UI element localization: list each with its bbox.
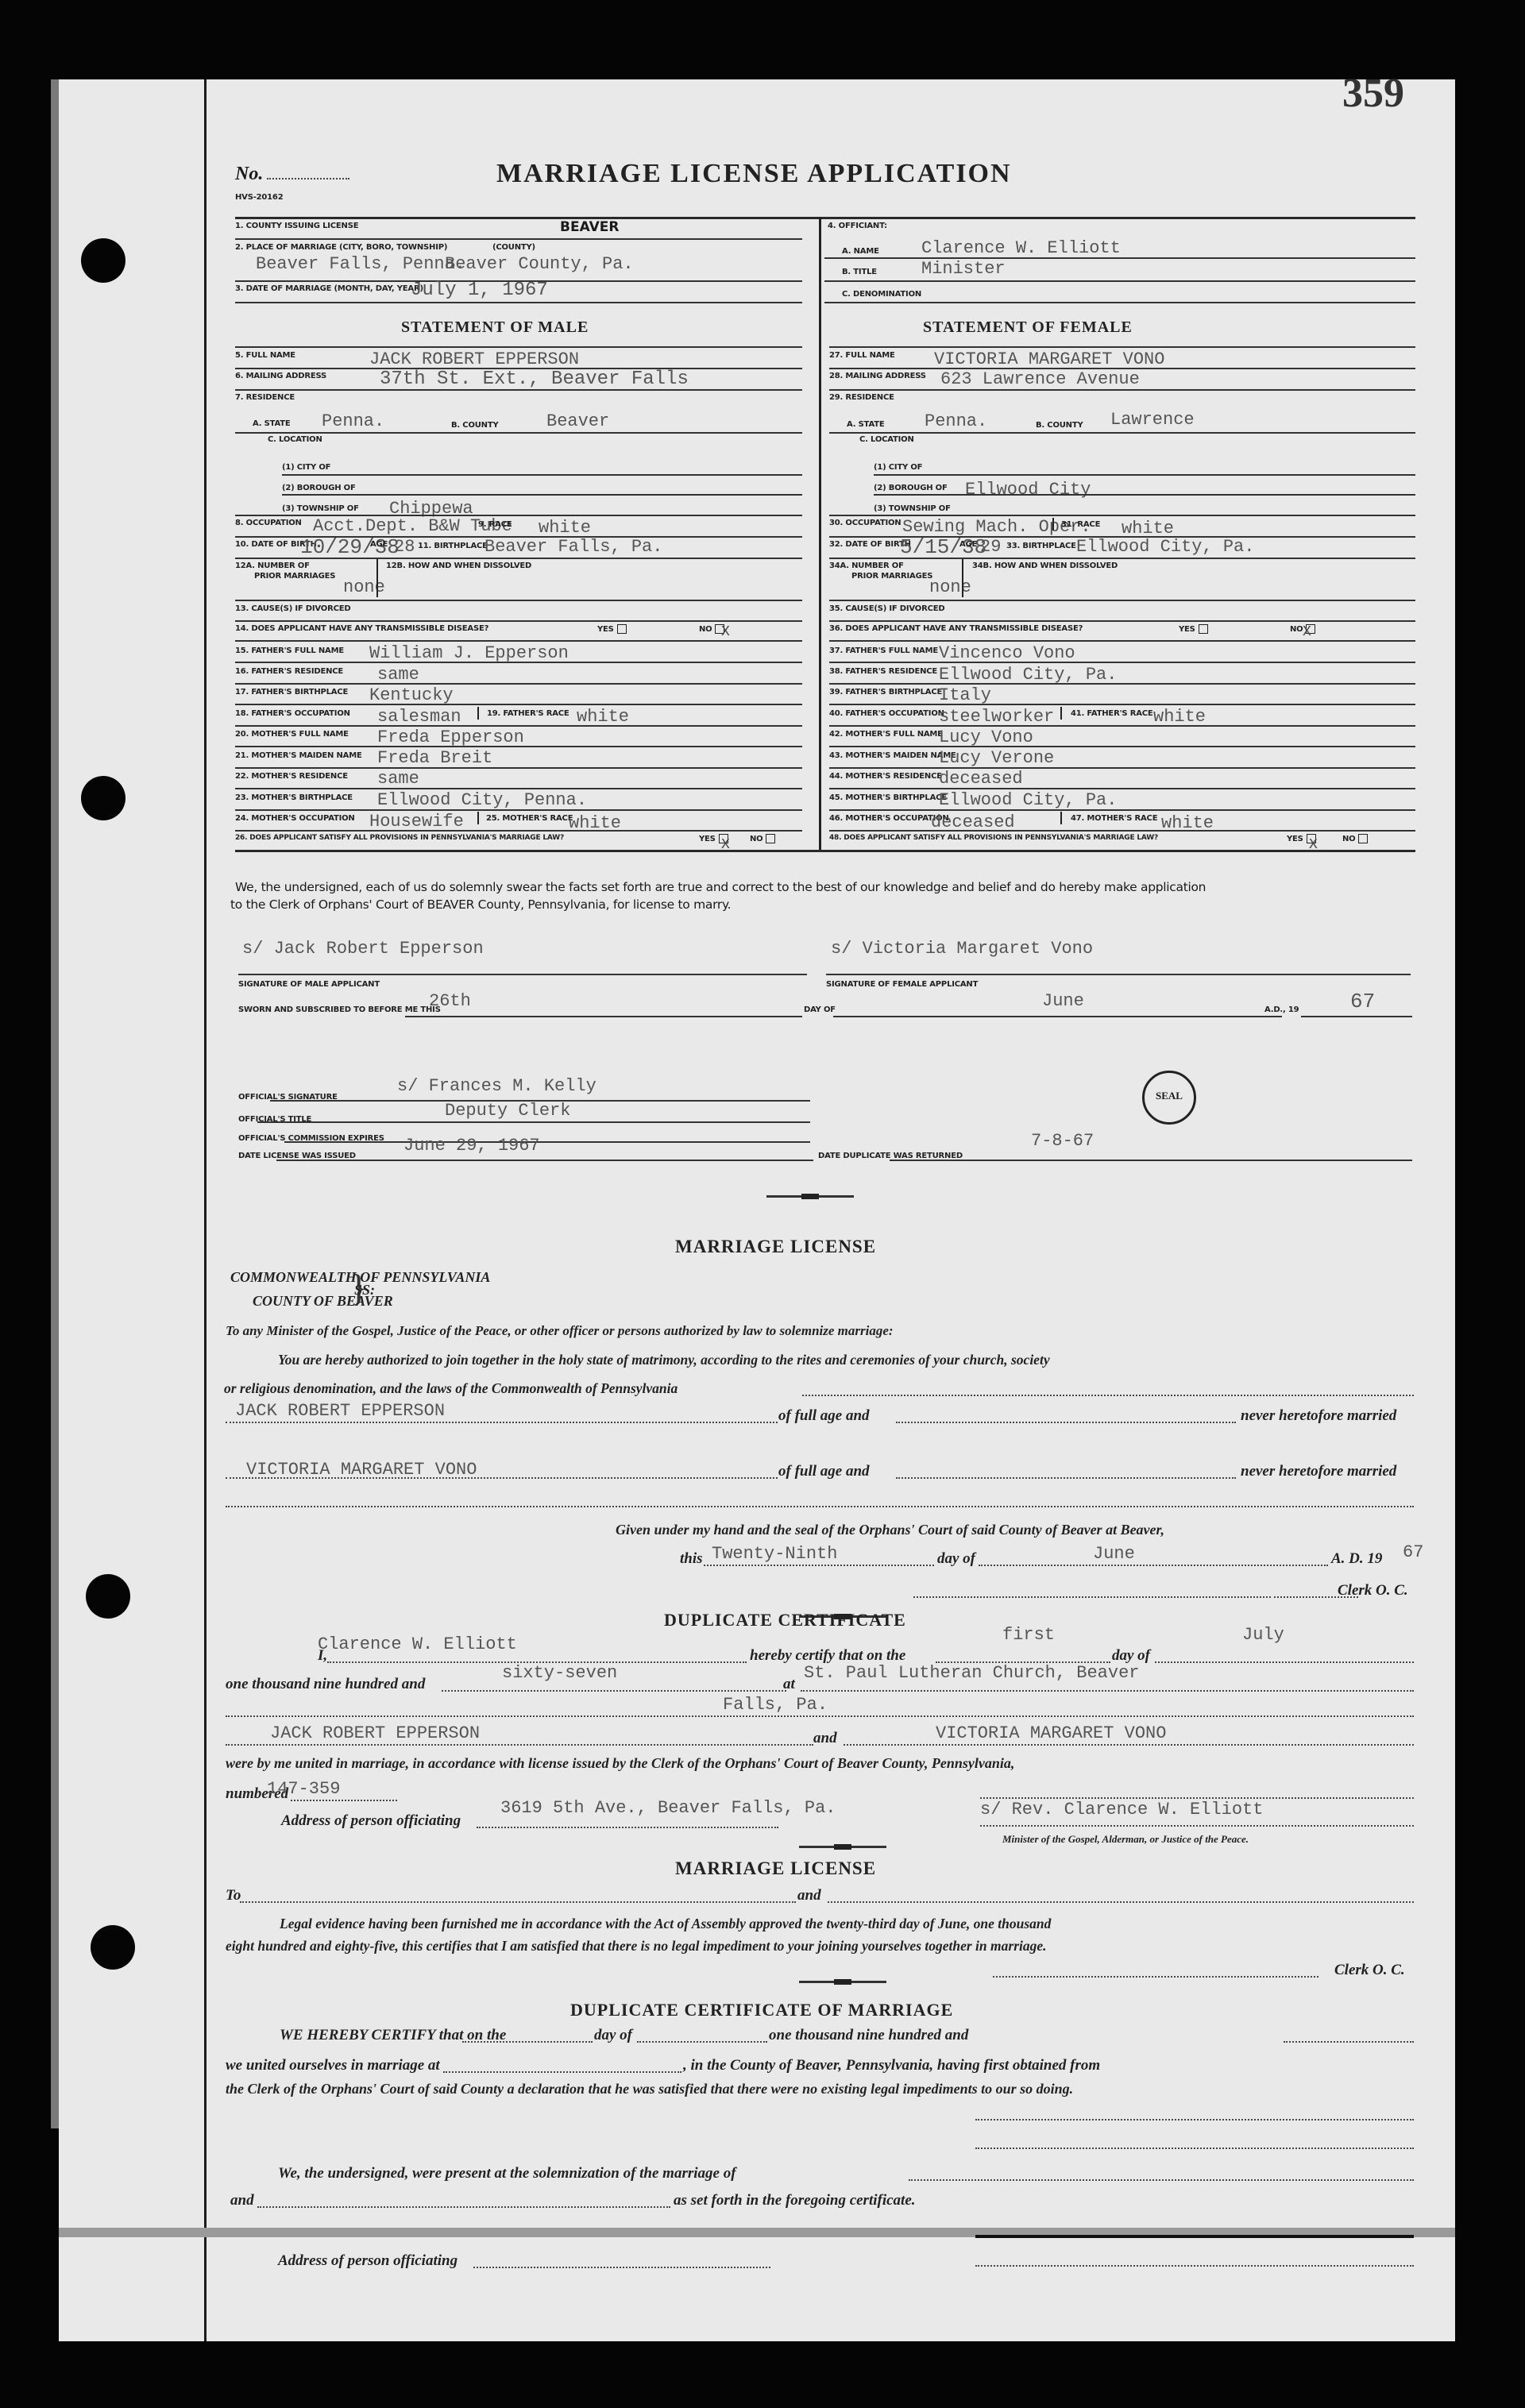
- rule: [442, 1690, 786, 1692]
- punch-hole: [81, 776, 125, 820]
- rule: [235, 346, 802, 348]
- rule: [235, 704, 802, 705]
- place-county-label: (County): [492, 243, 535, 252]
- rule: [637, 2041, 767, 2043]
- male-father-res-label: 16. Father's Residence: [235, 667, 343, 676]
- rule: [226, 1477, 778, 1479]
- this-label: this: [680, 1550, 703, 1568]
- duplicate-place-1: St. Paul Lutheran Church, Beaver: [804, 1663, 1139, 1683]
- male-mother-maiden-label: 21. Mother's Maiden Name: [235, 751, 362, 760]
- to-label: To: [226, 1887, 241, 1904]
- rule: [829, 809, 1415, 811]
- female-father-res: Ellwood City, Pa.: [939, 665, 1117, 685]
- section-separator: [799, 1981, 886, 1983]
- certificate-title: DUPLICATE CERTIFICATE OF MARRIAGE: [570, 2000, 953, 2020]
- male-signature-label: Signature of Male Applicant: [238, 980, 380, 989]
- officiant-title-value: Minister: [921, 259, 1006, 279]
- seal-stamp: SEAL: [1142, 1071, 1196, 1125]
- rule: [824, 257, 1415, 259]
- officiant-title-label: B. Title: [842, 268, 877, 276]
- no-label: No: [699, 625, 712, 634]
- rule: [844, 1744, 1414, 1746]
- witness-text-1: We, the undersigned, were present at the…: [278, 2165, 736, 2182]
- male-birthplace-label: 11. Birthplace: [418, 542, 488, 550]
- column-divider: [819, 217, 821, 852]
- rule: [1284, 2041, 1414, 2043]
- rule: [1301, 1016, 1412, 1017]
- rule: [238, 974, 807, 975]
- rule: [240, 1901, 796, 1903]
- application-title: MARRIAGE LICENSE APPLICATION: [496, 159, 1012, 189]
- punch-hole: [86, 1574, 130, 1619]
- license-year: 67: [1403, 1542, 1423, 1562]
- female-dissolved-label: 34B. How and When Dissolved: [972, 561, 1118, 570]
- section-separator: [766, 1195, 854, 1198]
- minister-label: Minister of the Gospel, Alderman, or Jus…: [1002, 1833, 1249, 1846]
- rule: [826, 974, 1411, 975]
- female-father-name: Vincenco Vono: [939, 643, 1075, 663]
- male-father-occ-label: 18. Father's Occupation: [235, 709, 350, 718]
- punch-hole: [81, 238, 125, 283]
- male-disease-label: 14. Does Applicant Have Any Transmissibl…: [235, 624, 488, 633]
- address-officiating-label: Address of person officiating: [281, 1812, 461, 1830]
- certify-line-3: the Clerk of the Orphans' Court of said …: [226, 2081, 1073, 2097]
- certify-line-1c: one thousand nine hundred and: [769, 2027, 968, 2044]
- rule: [235, 432, 802, 434]
- male-mother-bp-label: 23. Mother's Birthplace: [235, 793, 353, 802]
- female-mother-bp-label: 45. Mother's Birthplace: [829, 793, 947, 802]
- male-race-label: 9. Race: [478, 520, 512, 529]
- female-disease-x-mark: X: [1303, 624, 1311, 640]
- checkbox-yes[interactable]: [617, 624, 627, 634]
- rule: [257, 2206, 670, 2208]
- officiant-name-label: A. Name: [842, 247, 879, 256]
- certify-line-1b: day of: [594, 2027, 632, 2044]
- rule: [226, 1744, 813, 1746]
- male-occupation-label: 8. Occupation: [235, 519, 302, 527]
- female-prior-label-1: 34A. Number of: [829, 561, 904, 570]
- certify-line-2b: , in the County of Beaver, Pennsylvania,…: [683, 2057, 1100, 2074]
- rule: [257, 1121, 810, 1123]
- clerk-label: Clerk O. C.: [1338, 1582, 1408, 1600]
- rule: [1060, 707, 1062, 720]
- license-month: June: [1093, 1544, 1135, 1564]
- never-married-label-2: never heretofore married: [1241, 1463, 1396, 1480]
- rule: [833, 1016, 1282, 1017]
- rule: [235, 217, 1415, 219]
- rule: [975, 2235, 1414, 2238]
- rule: [828, 1901, 1414, 1903]
- rule: [235, 238, 802, 240]
- license-number: 147-359: [267, 1779, 340, 1799]
- female-divorce-label: 35. Cause(s) if Divorced: [829, 604, 944, 613]
- male-township-label: (3) Township of: [282, 504, 359, 513]
- officiating-address: 3619 5th Ave., Beaver Falls, Pa.: [500, 1798, 836, 1818]
- rule: [829, 432, 1415, 434]
- sworn-ad-label: A.D., 19: [1264, 1005, 1299, 1014]
- legal-text-1: Legal evidence having been furnished me …: [280, 1916, 1051, 1932]
- female-mother-name-label: 42. Mother's Full Name: [829, 730, 943, 739]
- male-mother-res: same: [377, 769, 419, 789]
- place-county-value: Beaver County, Pa.: [445, 254, 634, 274]
- male-disease-x-mark: X: [721, 624, 730, 640]
- rule: [235, 725, 802, 727]
- rule: [975, 2265, 1414, 2267]
- form-code: HVS-20162: [235, 193, 283, 202]
- rule: [909, 2179, 1414, 2181]
- rule: [235, 600, 802, 601]
- male-father-name-label: 15. Father's Full Name: [235, 646, 344, 655]
- officiant-name-value: Clarence W. Elliott: [921, 238, 1121, 258]
- female-borough: Ellwood City: [965, 480, 1091, 500]
- female-city-label: (1) City of: [874, 463, 922, 472]
- male-state-label: A. State: [253, 419, 290, 428]
- rule: [979, 1565, 1328, 1566]
- duplicate-year: sixty-seven: [502, 1663, 617, 1683]
- male-father-name: William J. Epperson: [369, 643, 569, 663]
- issued-date: June 29, 1967: [403, 1136, 540, 1156]
- male-full-name-label: 5. Full Name: [235, 351, 295, 360]
- female-mother-maiden-label: 43. Mother's Maiden Name: [829, 751, 956, 760]
- rule: [405, 1016, 802, 1017]
- rule: [829, 389, 1415, 391]
- male-father-race-label: 19. Father's Race: [487, 709, 569, 718]
- full-age-label-2: of full age and: [778, 1463, 870, 1480]
- officiant-denomination-label: C. Denomination: [842, 290, 921, 299]
- date-label: 3. Date of Marriage (Month, Day, Year): [235, 284, 423, 293]
- rule: [802, 1395, 1414, 1396]
- male-disease-yes[interactable]: Yes: [597, 624, 627, 634]
- rule: [235, 302, 802, 303]
- license2-title: MARRIAGE LICENSE: [675, 1858, 876, 1879]
- female-race-label: 31. Race: [1061, 520, 1100, 529]
- section-separator: [799, 1846, 886, 1848]
- male-father-res: same: [377, 665, 419, 685]
- female-father-occ: steelworker: [939, 707, 1054, 727]
- sworn-day-of-label: Day of: [804, 1005, 836, 1014]
- female-county: Lawrence: [1110, 410, 1195, 430]
- license-title: MARRIAGE LICENSE: [675, 1237, 876, 1257]
- rule: [282, 474, 802, 476]
- checkbox-no[interactable]: [1358, 834, 1368, 843]
- female-mother-maiden: Lucy Verone: [939, 748, 1054, 768]
- witness-text-2: as set forth in the foregoing certificat…: [674, 2192, 916, 2209]
- rule: [235, 389, 802, 391]
- rule: [226, 1506, 1414, 1507]
- male-mother-race-label: 25. Mother's Race: [486, 814, 573, 823]
- female-mother-res: deceased: [939, 769, 1023, 789]
- duplicate-groom: JACK ROBERT EPPERSON: [270, 1723, 480, 1743]
- rule: [874, 494, 1415, 496]
- male-county-label: B. County: [451, 421, 499, 430]
- rule: [975, 2148, 1414, 2149]
- male-father-occ: salesman: [377, 707, 461, 727]
- rule: [477, 707, 479, 720]
- female-state-label: A. State: [847, 420, 884, 429]
- duplicate-bride: VICTORIA MARGARET VONO: [936, 1723, 1166, 1743]
- male-prior-label-1: 12A. Number of: [235, 561, 310, 570]
- male-race: white: [539, 518, 591, 538]
- female-mother-bp: Ellwood City, Pa.: [939, 790, 1117, 810]
- rule: [235, 746, 802, 747]
- rule: [824, 302, 1415, 303]
- female-location-label: C. Location: [859, 435, 914, 444]
- legal-text-2: eight hundred and eighty-five, this cert…: [226, 1938, 1047, 1955]
- rule: [896, 1477, 1236, 1479]
- officiant-label: 4. Officiant:: [828, 222, 887, 230]
- female-mailing-label: 28. Mailing Address: [829, 372, 926, 380]
- checkbox-no[interactable]: [766, 834, 775, 843]
- rule: [284, 1141, 810, 1143]
- united-text: were by me united in marriage, in accord…: [226, 1755, 1014, 1772]
- rule: [462, 2041, 593, 2043]
- and-label: and: [813, 1730, 837, 1747]
- license-authorized-2: or religious denomination, and the laws …: [224, 1380, 678, 1397]
- rule: [235, 683, 802, 685]
- yes-label: Yes: [1179, 625, 1195, 634]
- female-mother-res-label: 44. Mother's Residence: [829, 772, 942, 781]
- male-mailing: 37th St. Ext., Beaver Falls: [380, 369, 689, 390]
- male-mother-name: Freda Epperson: [377, 727, 524, 747]
- rule: [975, 2119, 1414, 2121]
- rule: [704, 1565, 934, 1566]
- official-signature: s/ Frances M. Kelly: [397, 1076, 596, 1096]
- rule: [829, 767, 1415, 769]
- rule: [829, 640, 1415, 642]
- male-divorce-label: 13. Cause(s) if Divorced: [235, 604, 350, 613]
- rule: [829, 600, 1415, 601]
- application-number-label: No.: [235, 164, 263, 185]
- rule: [235, 788, 802, 789]
- rule: [829, 662, 1415, 663]
- rule: [890, 1160, 1412, 1161]
- female-county-label: B. County: [1036, 421, 1083, 430]
- female-father-race: white: [1153, 707, 1206, 727]
- female-mother-race-label: 47. Mother's Race: [1071, 814, 1157, 823]
- male-mother-bp: Ellwood City, Penna.: [377, 790, 587, 810]
- no-label: No: [1342, 835, 1355, 843]
- female-signature-label: Signature of Female Applicant: [826, 980, 978, 989]
- full-age-label: of full age and: [778, 1407, 870, 1425]
- female-residence-label: 29. Residence: [829, 393, 894, 402]
- rule: [443, 2071, 681, 2073]
- female-full-name-label: 27. Full Name: [829, 351, 895, 360]
- male-county: Beaver: [546, 411, 609, 431]
- male-residence-label: 7. Residence: [235, 393, 295, 402]
- rule: [276, 1160, 813, 1161]
- given-under-hand: Given under my hand and the seal of the …: [616, 1522, 1164, 1538]
- sworn-year: 67: [1350, 990, 1375, 1013]
- rule: [801, 1690, 1414, 1692]
- rule: [913, 1596, 1271, 1598]
- female-prior-label-2: Prior Marriages: [851, 572, 932, 581]
- punch-hole: [91, 1925, 135, 1970]
- female-father-res-label: 38. Father's Residence: [829, 667, 937, 676]
- male-location-label: C. Location: [268, 435, 322, 444]
- female-father-name-label: 37. Father's Full Name: [829, 646, 938, 655]
- day-of-label-2: day of: [1112, 1647, 1150, 1665]
- male-signature: s/ Jack Robert Epperson: [242, 939, 484, 959]
- male-mother-res-label: 22. Mother's Residence: [235, 772, 348, 781]
- female-age-label: Age: [959, 540, 977, 549]
- clerk-label-2: Clerk O. C.: [1334, 1962, 1405, 1979]
- rule: [226, 1715, 1414, 1717]
- no-label: No: [750, 835, 762, 843]
- rule: [235, 850, 1415, 852]
- place-city-value: Beaver Falls, Penna.: [256, 254, 465, 274]
- rule: [376, 559, 378, 597]
- rule: [829, 620, 1415, 622]
- thousand-label: one thousand nine hundred and: [226, 1676, 425, 1693]
- female-mother-name: Lucy Vono: [939, 727, 1033, 747]
- rule: [829, 515, 1415, 516]
- male-father-race: white: [577, 707, 629, 727]
- male-mother-name-label: 20. Mother's Full Name: [235, 730, 349, 739]
- female-township-label: (3) Township of: [874, 504, 951, 513]
- rule: [980, 1825, 1414, 1827]
- sworn-day: 26th: [429, 991, 471, 1011]
- rule: [829, 746, 1415, 747]
- yes-label: Yes: [597, 625, 614, 634]
- certificate-address-label: Address of person officiating: [278, 2252, 457, 2270]
- ad-label: A. D. 19: [1331, 1550, 1382, 1568]
- license-to-any: To any Minister of the Gospel, Justice o…: [226, 1323, 894, 1339]
- rule: [1052, 518, 1054, 531]
- rule: [235, 767, 802, 769]
- male-heading: STATEMENT OF MALE: [401, 318, 589, 337]
- rule: [477, 812, 479, 824]
- rule: [829, 704, 1415, 705]
- day-of-label: day of: [937, 1550, 975, 1568]
- license-groom: JACK ROBERT EPPERSON: [235, 1401, 445, 1421]
- ss-label: SS:: [354, 1282, 375, 1299]
- certify-line-2a: we united ourselves in marriage at: [226, 2057, 440, 2074]
- rule: [291, 1800, 397, 1801]
- checkbox-yes[interactable]: [1199, 624, 1208, 634]
- rule: [235, 662, 802, 663]
- male-full-name: JACK ROBERT EPPERSON: [369, 349, 579, 369]
- yes-label: Yes: [1287, 835, 1303, 843]
- duplicate-officiant: Clarence W. Elliott: [318, 1634, 517, 1654]
- male-mother-maiden: Freda Breit: [377, 748, 492, 768]
- rule: [282, 494, 802, 496]
- female-occupation-label: 30. Occupation: [829, 519, 901, 527]
- female-birthplace-label: 33. Birthplace: [1006, 542, 1076, 550]
- rule: [980, 1797, 1414, 1799]
- female-mailing: 623 Lawrence Avenue: [940, 369, 1140, 389]
- male-borough-label: (2) Borough of: [282, 484, 356, 492]
- female-prior: none: [929, 577, 971, 597]
- returned-date: 7-8-67: [1031, 1131, 1094, 1151]
- male-satisfy-label: 26. Does Applicant Satisfy All Provision…: [235, 834, 564, 842]
- yes-label: Yes: [699, 835, 716, 843]
- rule: [1155, 1661, 1414, 1663]
- duplicate-month: July: [1242, 1625, 1284, 1645]
- female-satisfy-x-mark: X: [1309, 837, 1318, 853]
- rule: [829, 830, 1415, 832]
- male-father-bp: Kentucky: [369, 685, 454, 705]
- oath-text-1: We, the undersigned, each of us do solem…: [235, 880, 1411, 894]
- place-label: 2. Place of Marriage (City, Boro, Townsh…: [235, 243, 447, 252]
- sworn-label: Sworn and Subscribed to Before Me This: [238, 1005, 441, 1014]
- rule: [226, 1422, 778, 1423]
- license-day: Twenty-Ninth: [712, 1544, 837, 1564]
- rule: [824, 280, 1415, 282]
- female-heading: STATEMENT OF FEMALE: [923, 318, 1133, 337]
- female-signature: s/ Victoria Margaret Vono: [831, 939, 1093, 959]
- rule: [896, 1422, 1236, 1423]
- oath-text-2: to the Clerk of Orphans' Court of BEAVER…: [230, 897, 731, 912]
- rule: [829, 558, 1415, 559]
- female-father-bp-label: 39. Father's Birthplace: [829, 688, 942, 697]
- male-satisfy-no[interactable]: No: [750, 834, 775, 843]
- male-age: 28: [394, 537, 415, 557]
- at-label: at: [783, 1676, 795, 1693]
- rule: [874, 474, 1415, 476]
- rule: [829, 683, 1415, 685]
- male-mother-occ-label: 24. Mother's Occupation: [235, 814, 355, 823]
- application-number-line: [267, 178, 349, 179]
- county-issuing-label: 1. County Issuing License: [235, 222, 358, 230]
- female-age: 29: [980, 537, 1001, 557]
- page-number: 359: [1342, 70, 1404, 117]
- female-state: Penna.: [925, 411, 987, 431]
- margin-rule: [204, 79, 207, 2341]
- duplicate-day: first: [1002, 1625, 1055, 1645]
- rule: [993, 1976, 1318, 1978]
- date-value: July 1, 1967: [411, 280, 548, 301]
- rule: [235, 809, 802, 811]
- rule: [1060, 812, 1062, 824]
- female-father-occ-label: 40. Father's Occupation: [829, 709, 944, 718]
- witness-and: and: [230, 2192, 254, 2209]
- officiant-signature: s/ Rev. Clarence W. Elliott: [980, 1800, 1263, 1820]
- rule: [235, 640, 802, 642]
- female-birthplace: Ellwood City, Pa.: [1076, 537, 1254, 557]
- county-issuing-value: BEAVER: [560, 219, 619, 235]
- female-father-bp: Italy: [939, 685, 991, 705]
- certify-label: hereby certify that on the: [750, 1647, 905, 1665]
- male-age-label: Age: [370, 540, 388, 549]
- duplicate-place-2: Falls, Pa.: [723, 1695, 828, 1715]
- male-prior: none: [343, 577, 385, 597]
- female-full-name: VICTORIA MARGARET VONO: [934, 349, 1164, 369]
- male-dissolved-label: 12B. How and When Dissolved: [386, 561, 531, 570]
- rule: [473, 2267, 770, 2268]
- female-dob-label: 32. Date of Birth: [829, 540, 911, 549]
- male-mailing-label: 6. Mailing Address: [235, 372, 326, 380]
- rule: [829, 725, 1415, 727]
- male-birthplace: Beaver Falls, Pa.: [485, 537, 662, 557]
- female-borough-label: (2) Borough of: [874, 484, 948, 492]
- male-mother-occ: Housewife: [369, 812, 464, 832]
- sworn-month: June: [1042, 991, 1084, 1011]
- male-father-bp-label: 17. Father's Birthplace: [235, 688, 348, 697]
- duplicate-title: DUPLICATE CERTIFICATE: [664, 1610, 906, 1630]
- male-state: Penna.: [322, 411, 384, 431]
- rule: [962, 559, 963, 597]
- female-father-race-label: 41. Father's Race: [1071, 709, 1153, 718]
- rule: [477, 1827, 778, 1828]
- female-disease-label: 36. Does Applicant Have Any Transmissibl…: [829, 624, 1083, 633]
- never-married-label: never heretofore married: [1241, 1407, 1396, 1425]
- no-label: No: [1290, 625, 1303, 634]
- female-disease-yes[interactable]: Yes: [1179, 624, 1208, 634]
- female-satisfy-no[interactable]: No: [1342, 834, 1368, 843]
- male-prior-label-2: Prior Marriages: [254, 572, 335, 581]
- rule: [235, 830, 802, 832]
- rule: [235, 558, 802, 559]
